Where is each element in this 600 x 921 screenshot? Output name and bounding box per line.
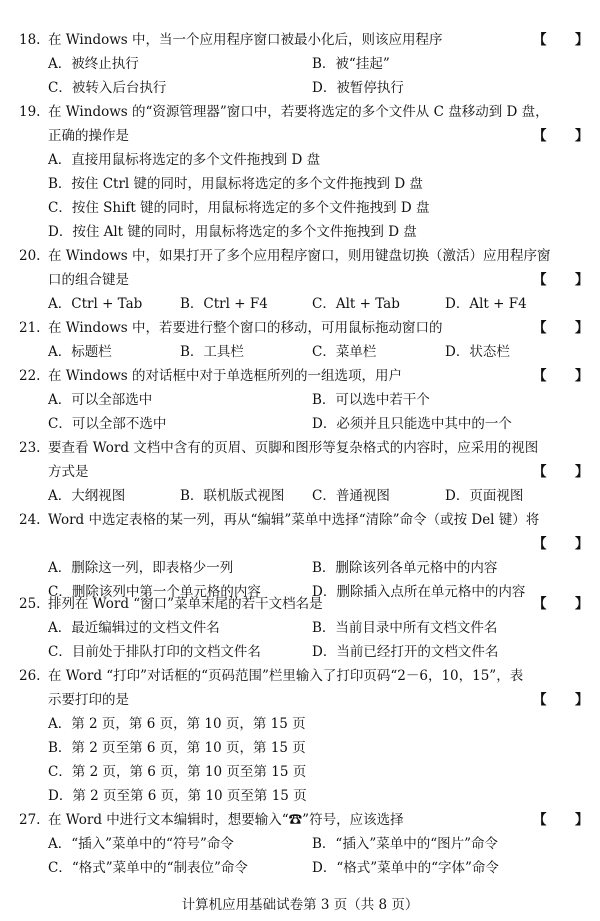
question-text: 排列在 Word “窗口”菜单末尾的若干文档名是 bbox=[48, 592, 323, 616]
question-number: 18. bbox=[19, 28, 40, 52]
option-a: A．可以全部选中 bbox=[48, 388, 152, 412]
question-number: 23. bbox=[19, 436, 40, 460]
option-d: D．必须并且只能选中其中的一个 bbox=[312, 412, 512, 436]
option-c: C．“格式”菜单中的“制表位”命令 bbox=[48, 856, 248, 880]
question-number: 24. bbox=[19, 508, 40, 532]
question-number: 21. bbox=[19, 316, 40, 340]
option-d: D．状态栏 bbox=[445, 340, 510, 364]
question-21: 21. 在 Windows 中，若要进行整个窗口的移动，可用鼠标拖动窗口的 【】 bbox=[0, 316, 600, 340]
option-a: A．Ctrl + Tab bbox=[48, 292, 142, 316]
option-c: C．按住 Shift 键的同时，用鼠标将选定的多个文件拖拽到 D 盘 bbox=[48, 196, 430, 220]
option-d: D．第 2 页至第 6 页，第 10 页至第 15 页 bbox=[48, 784, 307, 808]
option-b: B．工具栏 bbox=[180, 340, 244, 364]
question-number: 26. bbox=[19, 664, 40, 688]
option-a: A．删除这一列，即表格少一列 bbox=[48, 556, 233, 580]
question-20: 20. 在 Windows 中，如果打开了多个应用程序窗口，则用键盘切换（激活）… bbox=[0, 244, 600, 268]
question-27: 27. 在 Word 中进行文本编辑时，想要输入“☎”符号，应该选择 【】 bbox=[0, 808, 600, 832]
option-c: C．目前处于排队打印的文档文件名 bbox=[48, 640, 261, 664]
question-number: 20. bbox=[19, 244, 40, 268]
question-number: 27. bbox=[19, 808, 40, 832]
question-23: 23. 要查看 Word 文档中含有的页眉、页脚和图形等复杂格式的内容时，应采用… bbox=[0, 436, 600, 460]
question-number: 25. bbox=[19, 592, 40, 616]
option-b: B．可以选中若干个 bbox=[312, 388, 430, 412]
question-text: 在 Windows 的“资源管理器”窗口中，若要将选定的多个文件从 C 盘移动到… bbox=[48, 100, 549, 124]
option-d: D．被暂停执行 bbox=[312, 76, 404, 100]
question-25: 25. 排列在 Word “窗口”菜单末尾的若干文档名是 【】 bbox=[0, 592, 600, 616]
question-22: 22. 在 Windows 的对话框中对于单选框所列的一组选项，用户 【】 bbox=[0, 364, 600, 388]
exam-page: 18. 在 Windows 中，当一个应用程序窗口被最小化后，则该应用程序 【】… bbox=[0, 0, 600, 921]
question-18: 18. 在 Windows 中，当一个应用程序窗口被最小化后，则该应用程序 【】 bbox=[0, 28, 600, 52]
question-text: 在 Windows 中，如果打开了多个应用程序窗口，则用键盘切换（激活）应用程序… bbox=[48, 244, 551, 268]
page-footer: 计算机应用基础试卷第 3 页（共 8 页） bbox=[0, 893, 600, 917]
option-a: A．最近编辑过的文档文件名 bbox=[48, 616, 220, 640]
question-text: Word 中选定表格的某一列，再从“编辑”菜单中选择“清除”命令（或按 Del … bbox=[48, 508, 539, 532]
option-d: D．“格式”菜单中的“字体”命令 bbox=[312, 856, 499, 880]
option-b: B．当前目录中所有文档文件名 bbox=[312, 616, 497, 640]
option-c: C．Alt + Tab bbox=[312, 292, 400, 316]
option-c: C．可以全部不选中 bbox=[48, 412, 166, 436]
question-text: 在 Windows 中，若要进行整个窗口的移动，可用鼠标拖动窗口的 bbox=[48, 316, 443, 340]
option-d: D．页面视图 bbox=[445, 484, 523, 508]
question-26: 26. 在 Word “打印”对话框的“页码范围”栏里输入了打印页码“2－6，1… bbox=[0, 664, 600, 688]
option-a: A．直接用鼠标将选定的多个文件拖拽到 D 盘 bbox=[48, 148, 320, 172]
option-b: B．删除该列各单元格中的内容 bbox=[312, 556, 497, 580]
question-text: 在 Word 中进行文本编辑时，想要输入“☎”符号，应该选择 bbox=[48, 808, 404, 832]
option-b: B．被“挂起” bbox=[312, 52, 390, 76]
option-b: B．“插入”菜单中的“图片”命令 bbox=[312, 832, 498, 856]
question-text: 在 Windows 的对话框中对于单选框所列的一组选项，用户 bbox=[48, 364, 402, 388]
question-text: 在 Windows 中，当一个应用程序窗口被最小化后，则该应用程序 bbox=[48, 28, 443, 52]
option-b: B．联机版式视图 bbox=[180, 484, 284, 508]
option-c: C．普通视图 bbox=[312, 484, 390, 508]
option-d: D．按住 Alt 键的同时，用鼠标将选定的多个文件拖拽到 D 盘 bbox=[48, 220, 417, 244]
question-text-continued: 口的组合键是 bbox=[48, 268, 129, 292]
option-d: D．Alt + F4 bbox=[445, 292, 527, 316]
question-text: 要查看 Word 文档中含有的页眉、页脚和图形等复杂格式的内容时，应采用的视图 bbox=[48, 436, 538, 460]
question-24: 24. Word 中选定表格的某一列，再从“编辑”菜单中选择“清除”命令（或按 … bbox=[0, 508, 600, 532]
option-b: B．第 2 页至第 6 页，第 10 页，第 15 页 bbox=[48, 736, 306, 760]
option-a: A．第 2 页，第 6 页，第 10 页，第 15 页 bbox=[48, 712, 306, 736]
option-a: A．被终止执行 bbox=[48, 52, 139, 76]
option-a: A．大纲视图 bbox=[48, 484, 125, 508]
question-text-continued: 方式是 bbox=[48, 460, 89, 484]
question-text-continued: 示要打印的是 bbox=[48, 688, 129, 712]
option-a: A．标题栏 bbox=[48, 340, 112, 364]
option-d: D．当前已经打开的文档文件名 bbox=[312, 640, 498, 664]
question-19: 19. 在 Windows 的“资源管理器”窗口中，若要将选定的多个文件从 C … bbox=[0, 100, 600, 124]
option-b: B．按住 Ctrl 键的同时，用鼠标将选定的多个文件拖拽到 D 盘 bbox=[48, 172, 423, 196]
question-text: 在 Word “打印”对话框的“页码范围”栏里输入了打印页码“2－6，10，15… bbox=[48, 664, 523, 688]
question-number: 19. bbox=[19, 100, 40, 124]
option-c: C．第 2 页，第 6 页，第 10 页至第 15 页 bbox=[48, 760, 306, 784]
option-c: C．菜单栏 bbox=[312, 340, 376, 364]
question-text-continued: 正确的操作是 bbox=[48, 124, 129, 148]
option-a: A．“插入”菜单中的“符号”命令 bbox=[48, 832, 234, 856]
question-number: 22. bbox=[19, 364, 40, 388]
option-b: B．Ctrl + F4 bbox=[180, 292, 268, 316]
option-c: C．被转入后台执行 bbox=[48, 76, 166, 100]
